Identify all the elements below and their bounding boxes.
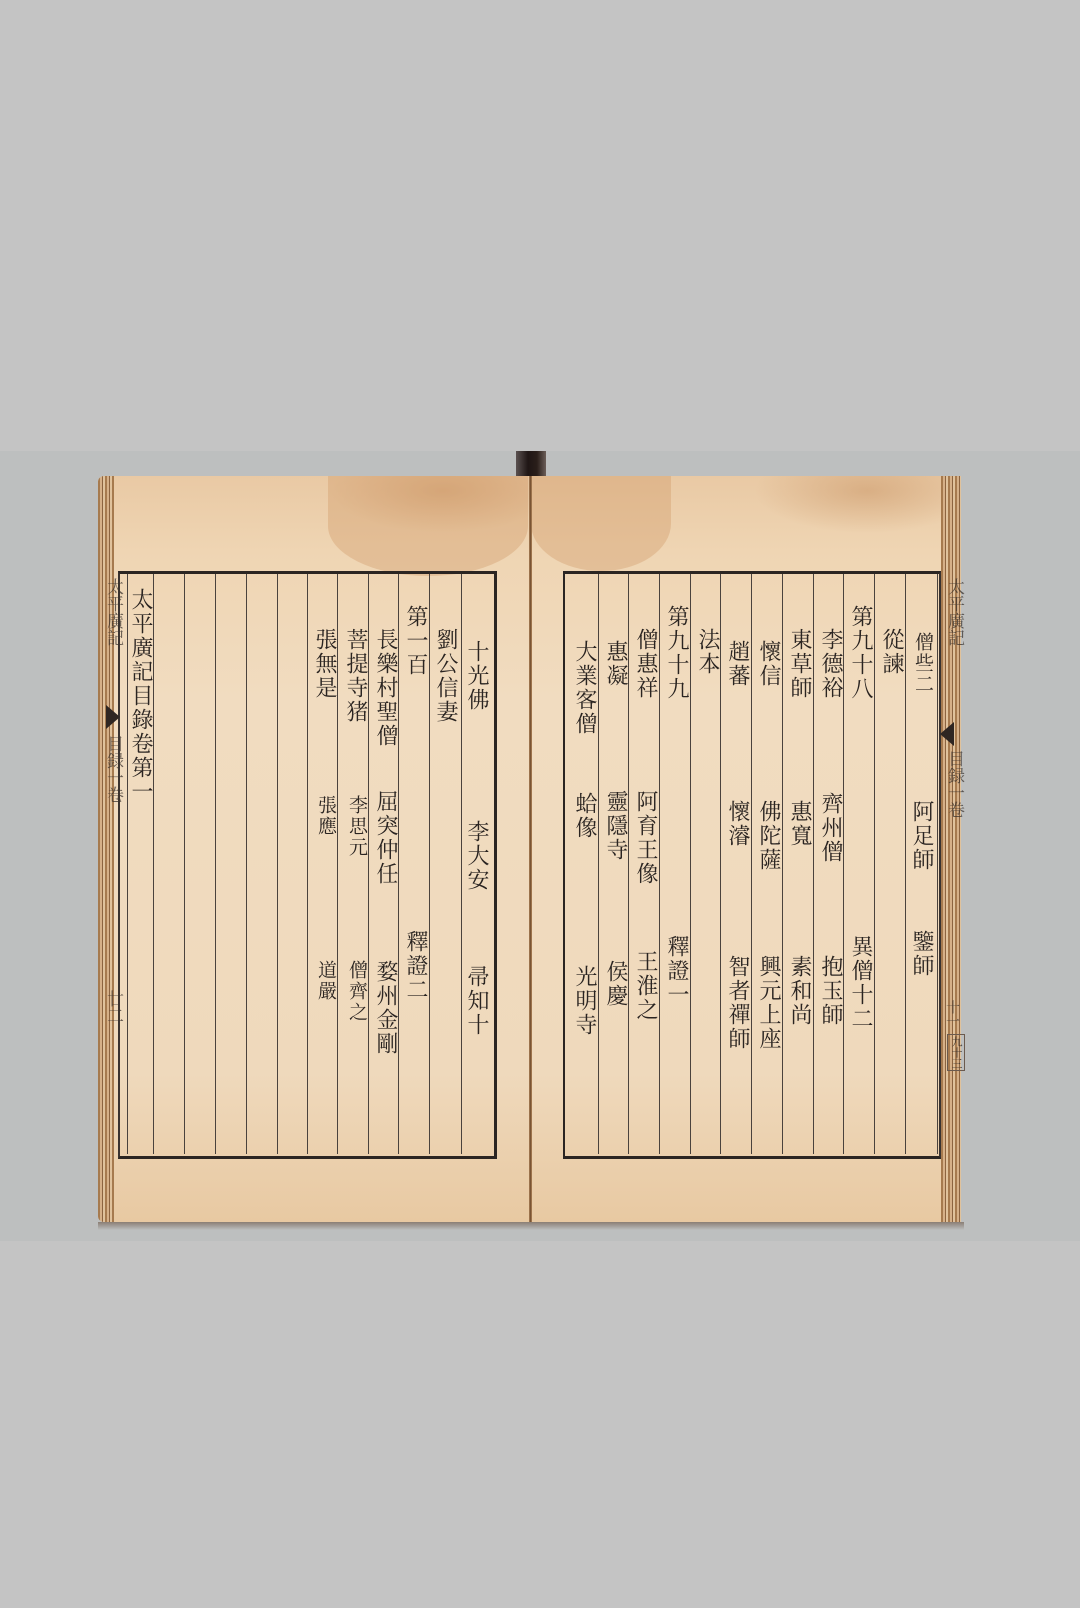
water-stain [531,476,671,571]
section-heading: 第一百 [401,605,429,677]
entry-mid: 懷濬 [723,800,751,848]
book-spine [516,451,546,477]
entry-top: 從諫 [877,628,905,676]
entry-top: 大業客僧 [570,640,598,736]
margin-folio-left: 廿二 [101,990,126,1024]
entry-mid: 李思元 [343,795,371,858]
page-shadow [98,1222,964,1230]
entry-mid: 蛤像 [570,792,598,840]
entry-bottom: 智者禪師 [723,955,751,1051]
fishtail-mark [940,722,954,746]
column-rule [184,574,185,1154]
column-rule [659,574,660,1154]
column-rule [874,574,875,1154]
entry-top: 菩提寺猪 [341,628,369,724]
column-rule [307,574,308,1154]
column-rule [215,574,216,1154]
entry-top: 惠凝 [601,640,629,688]
water-stain [328,476,528,576]
section-category: 釋證二 [401,930,429,1002]
entry-bottom: 素和尚 [785,955,813,1027]
entry-bottom: 鑒師 [907,930,935,978]
entry-top: 十光佛 [462,640,490,712]
entry-top: 懷信 [754,640,782,688]
section-category: 異僧十二 [846,935,874,1031]
column-rule [813,574,814,1154]
entry-top: 長樂村聖僧 [371,628,399,748]
margin-title-right: 太平廣記 [942,578,967,646]
entry-bottom: 婺州金剛 [371,960,399,1056]
margin-section-right: 目録一卷 [942,750,967,818]
entry-top: 僧些二 [909,632,937,695]
column-rule [782,574,783,1154]
entry-bottom: 僧齊之 [343,960,371,1023]
entry-bottom: 帚知十 [462,965,490,1037]
entry-mid: 李大安 [462,820,490,892]
margin-section-left: 目録一卷 [101,735,126,803]
entry-bottom: 興元上座 [754,955,782,1051]
margin-folio-right: 十一 [942,1000,962,1028]
entry-mid: 齊州僧 [816,792,844,864]
entry-mid: 佛陀薩 [754,800,782,872]
column-rule [751,574,752,1154]
entry-mid: 屈突仲任 [371,790,399,886]
margin-title-left: 太平廣記 [101,578,126,646]
section-heading: 第九十九 [662,605,690,701]
entry-bottom: 抱玉師 [816,955,844,1027]
entry-top: 趙蕃 [723,640,751,688]
entry-mid: 靈隱寺 [601,790,629,862]
entry-top: 東草師 [785,628,813,700]
section-heading: 第九十八 [846,605,874,701]
fishtail-mark [106,705,120,729]
volume-title: 太平廣記目錄卷第一 [126,588,154,804]
entry-top: 李德裕 [816,628,844,700]
entry-bottom: 王淮之 [631,950,659,1022]
entry-mid: 阿育王像 [631,790,659,886]
column-rule [246,574,247,1154]
entry-bottom: 道嚴 [312,960,340,1002]
entry-mid: 惠寬 [785,800,813,848]
entry-top: 劉公信妻 [431,628,459,724]
entry-mid: 阿足師 [907,800,935,872]
entry-top: 僧惠祥 [631,628,659,700]
section-category: 釋證一 [662,935,690,1007]
entry-top: 張無是 [310,628,338,700]
column-rule [690,574,691,1154]
gutter [529,476,532,1222]
entry-bottom: 光明寺 [570,965,598,1037]
column-rule [277,574,278,1154]
column-rule [937,574,938,1154]
entry-top: 法本 [693,628,721,676]
entry-mid: 張應 [312,795,340,837]
entry-bottom: 侯慶 [601,960,629,1008]
folio-number-box: 九十三 [947,1034,965,1071]
column-rule [598,574,599,1154]
